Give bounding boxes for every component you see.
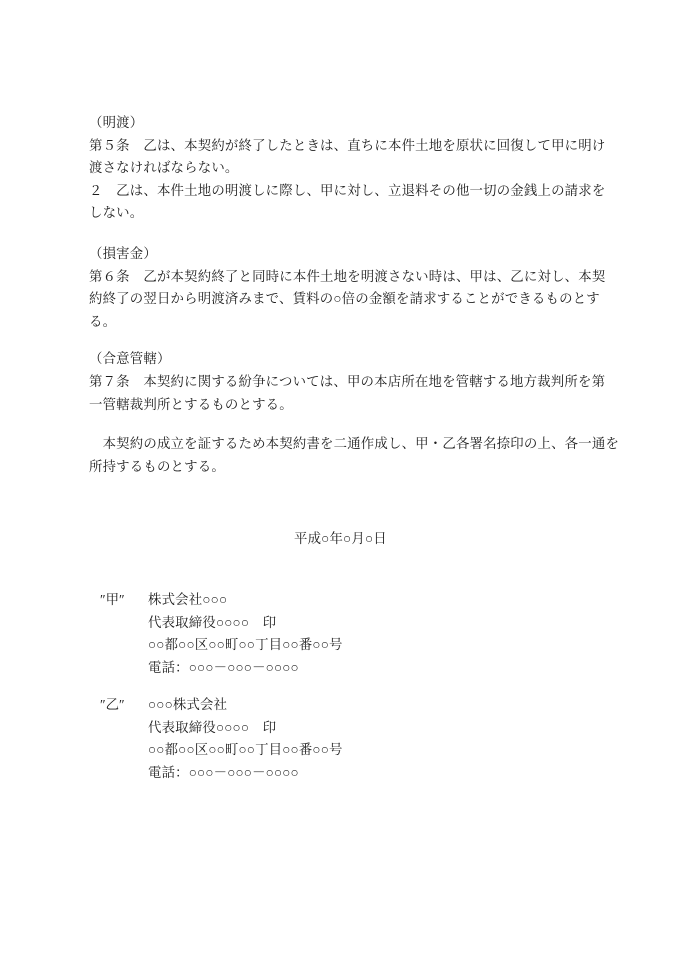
section-surrender: （明渡） 第５条 乙は、本契約が終了したときは、直ちに本件土地を原状に回復して甲… (89, 112, 600, 225)
contract-page: （明渡） 第５条 乙は、本契約が終了したときは、直ちに本件土地を原状に回復して甲… (0, 0, 680, 962)
party-kou-company-name: 株式会社○○○ (148, 589, 343, 612)
party-otsu-company-name: ○○○株式会社 (148, 694, 343, 717)
section-damages-heading: （損害金） (89, 243, 600, 266)
party-block-kou: ″甲″ 株式会社○○○ 代表取締役○○○○ 印 ○○都○○区○○町○○丁目○○番… (100, 589, 600, 679)
party-block-otsu: ″乙″ ○○○株式会社 代表取締役○○○○ 印 ○○都○○区○○町○○丁目○○番… (100, 694, 600, 784)
party-kou-details: 株式会社○○○ 代表取締役○○○○ 印 ○○都○○区○○町○○丁目○○番○○号 … (148, 589, 343, 679)
section-surrender-heading: （明渡） (89, 112, 600, 135)
article-5-paragraph-2: ２ 乙は、本件土地の明渡しに際し、甲に対し、立退料その他一切の金銭上の請求を し… (89, 180, 600, 225)
party-kou-label: ″甲″ (100, 589, 148, 679)
party-otsu-phone: 電話：○○○－○○○－○○○○ (148, 762, 343, 785)
article-5-paragraph-1: 第５条 乙は、本契約が終了したときは、直ちに本件土地を原状に回復して甲に明け 渡… (89, 135, 600, 180)
article-7-paragraph-1: 第７条 本契約に関する紛争については、甲の本店所在地を管轄する地方裁判所を第 一… (89, 371, 600, 416)
section-jurisdiction-heading: （合意管轄） (89, 348, 600, 371)
article-6-paragraph-1: 第６条 乙が本契約終了と同時に本件土地を明渡さない時は、甲は、乙に対し、本契 約… (89, 266, 600, 334)
party-otsu-address: ○○都○○区○○町○○丁目○○番○○号 (148, 739, 343, 762)
party-otsu-details: ○○○株式会社 代表取締役○○○○ 印 ○○都○○区○○町○○丁目○○番○○号 … (148, 694, 343, 784)
section-damages: （損害金） 第６条 乙が本契約終了と同時に本件土地を明渡さない時は、甲は、乙に対… (89, 243, 600, 333)
party-kou-representative: 代表取締役○○○○ 印 (148, 612, 343, 635)
section-jurisdiction: （合意管轄） 第７条 本契約に関する紛争については、甲の本店所在地を管轄する地方… (89, 348, 600, 416)
party-otsu-label: ″乙″ (100, 694, 148, 784)
party-kou-address: ○○都○○区○○町○○丁目○○番○○号 (148, 634, 343, 657)
date-line: 平成○年○月○日 (294, 528, 600, 551)
party-kou-phone: 電話：○○○－○○○－○○○○ (148, 657, 343, 680)
party-otsu-representative: 代表取締役○○○○ 印 (148, 717, 343, 740)
closing-paragraph: 本契約の成立を証するため本契約書を二通作成し、甲・乙各署名捺印の上、各一通を 所… (89, 433, 600, 478)
